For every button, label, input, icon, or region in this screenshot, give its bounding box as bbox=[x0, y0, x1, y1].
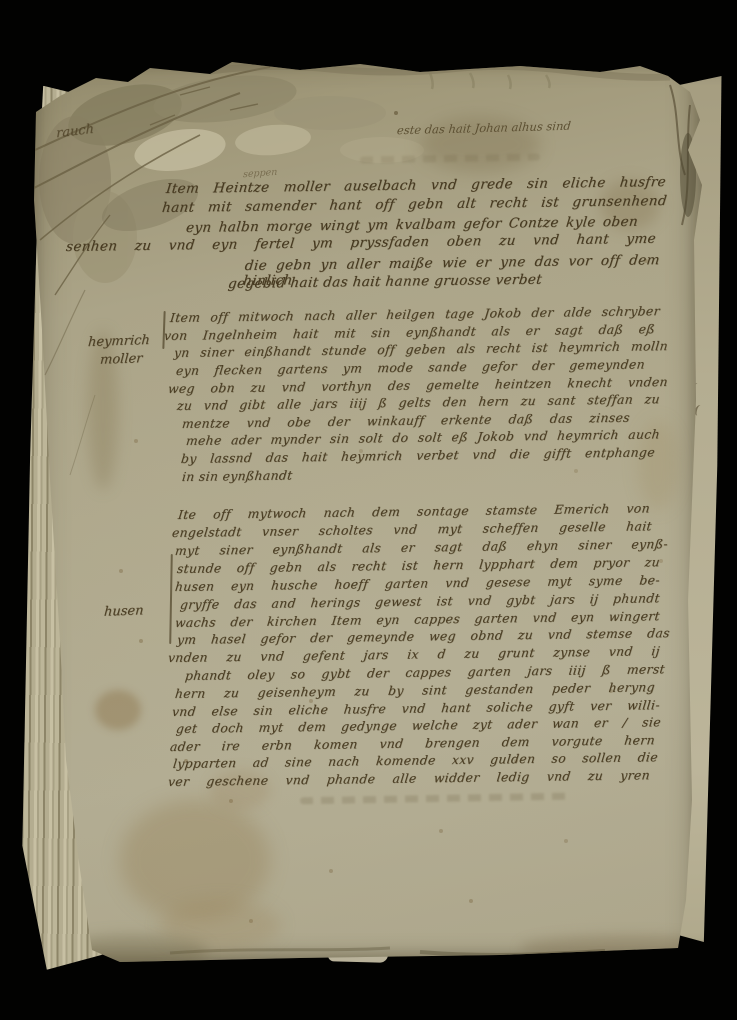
manuscript-line: phandt oley so gybt der cappes garten ja… bbox=[184, 662, 665, 683]
manuscript-line: lypparten ad sine nach komende xxv gulde… bbox=[172, 750, 658, 771]
manuscript-line: vnden zu vnd gefent jars ix d zu grunt z… bbox=[167, 644, 660, 665]
interlinear-note: seppen bbox=[243, 167, 278, 180]
margin-note-name: heymrich bbox=[87, 333, 150, 350]
manuscript-line: hern zu geisenheym zu by sint gestanden … bbox=[174, 680, 655, 701]
margin-note-name: moller bbox=[99, 351, 142, 368]
manuscript-line: in sin eynßhandt bbox=[181, 466, 482, 484]
manuscript-line: stunde off gebn als recht ist hern lypph… bbox=[176, 555, 660, 576]
manuscript-line: gegebid hait das hait hanne gruosse verb… bbox=[227, 272, 589, 292]
foxing-specks bbox=[30, 55, 32, 57]
header-note: este das hait Johan alhus sind bbox=[396, 119, 571, 138]
manuscript-line: husen eyn husche hoeff garten vnd gesese… bbox=[174, 573, 660, 594]
manuscript-line: ver geschene vnd phande alle widder ledi… bbox=[167, 768, 650, 789]
manuscript-line: engelstadt vnser scholtes vnd myt scheff… bbox=[171, 519, 652, 540]
manuscript-page: este das hait Johan alhus sind rauch sep… bbox=[30, 55, 702, 963]
manuscript-line: Item off mitwoch nach aller heilgen tage… bbox=[169, 304, 660, 325]
manuscript-line: get doch myt dem gedynge welche zyt ader… bbox=[175, 715, 661, 736]
ink-showthrough bbox=[360, 153, 540, 163]
paper-stain bbox=[120, 800, 270, 920]
ink-showthrough bbox=[300, 793, 570, 805]
manuscript-line: by lassnd das hait heymrich verbet vnd d… bbox=[180, 445, 655, 466]
manuscript-line: zu vnd gibt alle jars iiij ß gelts den h… bbox=[176, 392, 660, 413]
manuscript-line: mehe ader mynder sin solt do solt eß Jok… bbox=[185, 427, 660, 448]
margin-note-rauch: rauch bbox=[56, 122, 94, 142]
manuscript-photo: este das hait Johan alhus sind rauch sep… bbox=[0, 0, 737, 1020]
manuscript-line: Ite off mytwoch nach dem sontage stamste… bbox=[177, 501, 650, 522]
paper-stain bbox=[520, 935, 737, 961]
manuscript-line: yn siner einßhandt stunde off geben als … bbox=[173, 339, 668, 360]
manuscript-line: senhen zu vnd eyn fertel ym pryssfaden o… bbox=[65, 232, 657, 255]
manuscript-line: gryffe das and herings gewest ist vnd gy… bbox=[179, 591, 660, 612]
manuscript-line: myt siner eynßhandt als er sagt daß ehyn… bbox=[174, 537, 668, 558]
manuscript-line: ym hasel gefor der gemeynde weg obnd zu … bbox=[176, 626, 670, 647]
manuscript-line: hant mit samender hant off gebn alt rech… bbox=[161, 194, 668, 216]
manuscript-line: eyn flecken gartens ym mode sande gefor … bbox=[175, 357, 645, 378]
paragraph-bracket-stroke bbox=[169, 554, 173, 644]
margin-note-place: husen bbox=[103, 603, 144, 619]
paper-stain bbox=[95, 690, 141, 730]
paper-stain bbox=[160, 900, 280, 950]
